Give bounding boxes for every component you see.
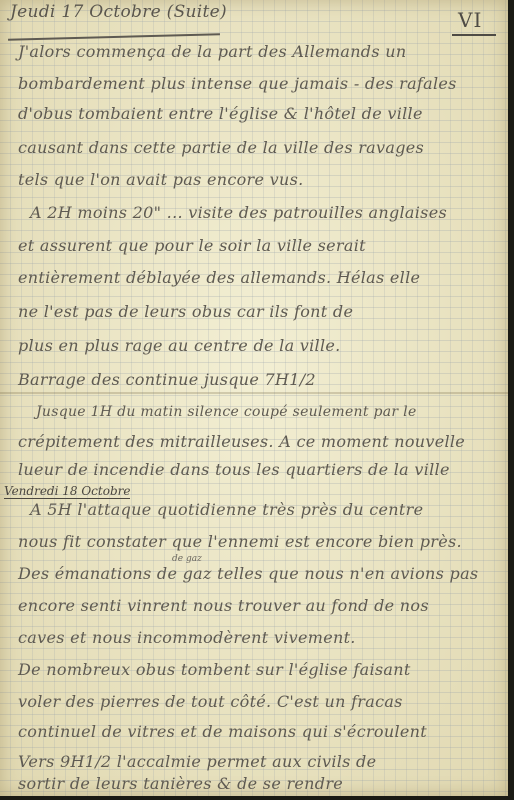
text-line: crépitement des mitrailleuses. A ce mome… <box>18 432 465 451</box>
text-line: tels que l'on avait pas encore vus. <box>18 170 304 189</box>
text-line: Vers 9H1/2 l'accalmie permet aux civils … <box>18 752 376 771</box>
text-line: caves et nous incommodèrent vivement. <box>18 628 356 647</box>
text-line: entièrement déblayée des allemands. Héla… <box>18 268 420 287</box>
text-line: encore senti vinrent nous trouver au fon… <box>18 596 429 615</box>
text-line: et assurent que pour le soir la ville se… <box>18 236 366 255</box>
text-line: plus en plus rage au centre de la ville. <box>18 336 341 355</box>
text-line: A 5H l'attaque quotidienne très près du … <box>30 500 423 519</box>
margin-date-note: Vendredi 18 Octobre <box>4 484 130 499</box>
text-line: nous fit constater que l'ennemi est enco… <box>18 532 462 551</box>
document-page: Jeudi 17 Octobre (Suite) VI J'alors comm… <box>0 0 508 796</box>
text-line: ne l'est pas de leurs obus car ils font … <box>18 302 353 321</box>
text-line: Des émanations de gaz telles que nous n'… <box>18 564 478 583</box>
page-number: VI <box>458 8 482 32</box>
title-underline <box>8 33 220 41</box>
text-line: sortir de leurs tanières & de se rendre <box>18 774 343 793</box>
entry-title: Jeudi 17 Octobre (Suite) <box>10 2 227 22</box>
text-line: lueur de incendie dans tous les quartier… <box>18 460 450 479</box>
page-fold-crease <box>0 392 508 394</box>
text-line: A 2H moins 20" ... visite des patrouille… <box>30 203 447 222</box>
text-line: J'alors commença de la part des Allemand… <box>18 42 406 61</box>
text-line: De nombreux obus tombent sur l'église fa… <box>18 660 411 679</box>
page-number-underline <box>452 34 496 36</box>
inline-insertion: de gaz <box>172 554 202 564</box>
text-line: Barrage des continue jusque 7H1/2 <box>18 370 316 389</box>
text-line: continuel de vitres et de maisons qui s'… <box>18 722 427 741</box>
text-line: causant dans cette partie de la ville de… <box>18 138 424 157</box>
scan-border-right <box>508 0 514 800</box>
scan-border-bottom <box>0 796 514 800</box>
text-line: Jusque 1H du matin silence coupé seuleme… <box>36 404 417 420</box>
text-line: bombardement plus intense que jamais - d… <box>18 74 457 93</box>
text-line: d'obus tombaient entre l'église & l'hôte… <box>18 104 423 123</box>
text-line: voler des pierres de tout côté. C'est un… <box>18 692 403 711</box>
